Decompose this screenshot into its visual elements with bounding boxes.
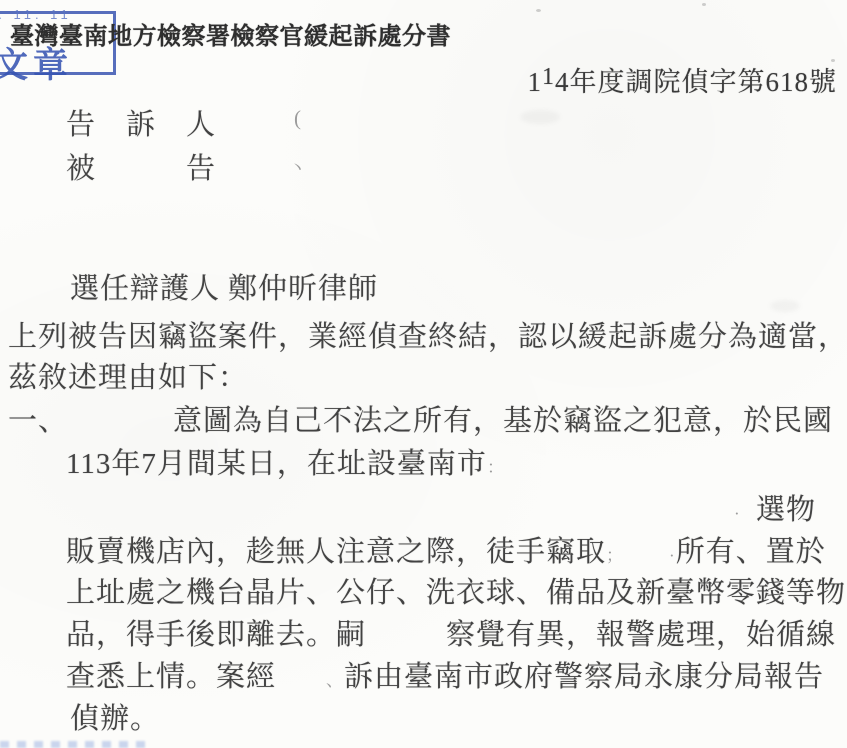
scan-smudge [770, 300, 800, 312]
intro-line-2: 茲敘述理由如下： [8, 355, 248, 396]
line-right-redaction-mark: · [734, 504, 740, 524]
item1-line-1: 一、意圖為自己不法之所有，基於竊盜之犯意，於民國 [8, 398, 833, 439]
line-vending-mark-1: ； [606, 546, 624, 565]
item1-line-4: 販賣機店內，趁無人注意之際，徒手竊取；·所有、置於 [66, 529, 826, 570]
document-title: 臺灣臺南地方檢察署檢察官緩起訴處分書 [10, 16, 451, 51]
scan-speck [831, 59, 835, 62]
defender-label: 選任辯護人 [70, 273, 220, 305]
item1-line-2: 113年7月間某日，在址設臺南市： [66, 441, 505, 482]
defender-name: 鄭仲昕律師 [228, 273, 378, 305]
scanned-document-page: 4. 11. 11 文章 臺灣臺南地方檢察署檢察官緩起訴處分書 114年度調院偵… [0, 0, 847, 748]
item1-text: 意圖為自己不法之所有，基於竊盜之犯意，於民國 [173, 405, 833, 437]
item1-line-6: 品，得手後即離去。嗣察覺有異，報警處理，始循線 [66, 612, 836, 653]
line-113-redaction-mark: ： [487, 458, 505, 477]
defendant-redaction-mark: 丶 [289, 154, 306, 179]
intro-line-1: 上列被告因竊盜案件，業經偵查終結，認以緩起訴處分為適當， [8, 314, 847, 355]
case-number-superscript: 1 [542, 64, 555, 90]
defender-row: 選任辯護人鄭仲昕律師 [70, 266, 378, 307]
line-vending-mark-2: · [669, 546, 676, 565]
line-case-text-a: 查悉上情。案經 [66, 661, 276, 693]
line-113-text: 113年7月間某日，在址設臺南市 [66, 448, 487, 480]
scan-speck [536, 9, 541, 12]
item1-marker: 一、 [8, 405, 68, 437]
complainant-redaction-mark: ( [294, 106, 301, 131]
line-after-text-a: 品，得手後即離去。嗣 [66, 619, 366, 651]
line-vending-text-b: 所有、置於 [676, 536, 826, 568]
cutoff-blue-text-fragment [0, 741, 150, 748]
case-number: 114年度調院偵字第618號 [528, 60, 838, 99]
complainant-row: 告 訴 人 [66, 102, 216, 143]
line-case-text-b: 訴由臺南市政府警察局永康分局報告 [344, 661, 824, 693]
line-case-mark: 、 [326, 671, 344, 690]
defendant-row: 被 告 [66, 146, 216, 187]
scan-smudge [520, 110, 560, 124]
defendant-label: 被 告 [66, 153, 216, 185]
line-vending-text-a: 販賣機店內，趁無人注意之際，徒手竊取 [66, 536, 606, 568]
case-number-part1: 1 [528, 67, 543, 97]
scan-speck [702, 3, 706, 6]
item1-line-7: 查悉上情。案經、訴由臺南市政府警察局永康分局報告 [66, 654, 824, 695]
item1-line-8: 偵辦。 [70, 696, 160, 737]
item1-line-5: 上址處之機台晶片、公仔、洗衣球、備品及新臺幣零錢等物 [66, 570, 846, 611]
complainant-label: 告 訴 人 [66, 109, 216, 141]
item1-line-3-right: 選物 [756, 487, 816, 528]
case-number-part2: 4年度調院偵字第618號 [555, 67, 837, 97]
line-after-text-b: 察覺有異，報警處理，始循線 [446, 619, 836, 651]
